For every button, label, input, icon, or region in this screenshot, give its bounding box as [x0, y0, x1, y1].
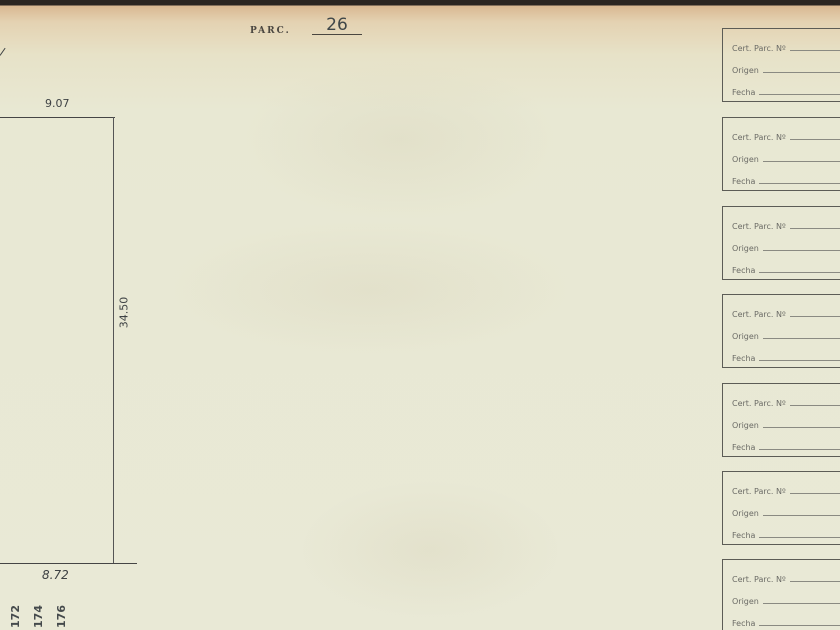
origen-label: Origen — [732, 509, 759, 518]
cert-field[interactable] — [790, 50, 840, 51]
origen-label: Origen — [732, 66, 759, 75]
fecha-field[interactable] — [759, 360, 840, 361]
dimension-bottom: 8.72 — [42, 568, 69, 582]
paper-stain — [240, 60, 560, 220]
parcel-label: PARC. — [250, 26, 291, 36]
cert-label: Cert. Parc. Nº — [732, 44, 786, 53]
cert-label: Cert. Parc. Nº — [732, 222, 786, 231]
plot-boundary-bottom — [0, 563, 137, 564]
dimension-right: 34.50 — [117, 297, 130, 329]
paper-stain — [300, 480, 560, 620]
cert-box: Cert. Parc. Nº Origen Fecha — [722, 206, 840, 280]
fecha-field[interactable] — [759, 94, 840, 95]
cert-label: Cert. Parc. Nº — [732, 399, 786, 408]
origen-field[interactable] — [763, 161, 840, 162]
cert-box: Cert. Parc. Nº Origen Fecha — [722, 294, 840, 368]
cert-field[interactable] — [790, 581, 840, 582]
lot-number: 174 — [32, 605, 45, 628]
origen-field[interactable] — [763, 603, 840, 604]
origen-label: Origen — [732, 244, 759, 253]
origen-field[interactable] — [763, 515, 840, 516]
fecha-label: Fecha — [732, 354, 755, 363]
origen-field[interactable] — [763, 72, 840, 73]
cert-box: Cert. Parc. Nº Origen Fecha — [722, 28, 840, 102]
parcel-number: 26 — [312, 16, 362, 35]
lot-number: 172 — [9, 605, 22, 628]
fecha-field[interactable] — [759, 449, 840, 450]
check-mark-icon — [0, 48, 6, 56]
cert-field[interactable] — [790, 228, 840, 229]
cert-label: Cert. Parc. Nº — [732, 133, 786, 142]
origen-field[interactable] — [763, 250, 840, 251]
cert-box: Cert. Parc. Nº Origen Fecha — [722, 559, 840, 630]
origen-field[interactable] — [763, 338, 840, 339]
origen-label: Origen — [732, 421, 759, 430]
fecha-field[interactable] — [759, 537, 840, 538]
cert-field[interactable] — [790, 316, 840, 317]
fecha-label: Fecha — [732, 177, 755, 186]
document-page: PARC. 26 9.07 34.50 8.72 172 174 176 Cer… — [0, 0, 840, 630]
origen-label: Origen — [732, 155, 759, 164]
cert-box: Cert. Parc. Nº Origen Fecha — [722, 471, 840, 545]
cert-label: Cert. Parc. Nº — [732, 575, 786, 584]
fecha-field[interactable] — [759, 272, 840, 273]
fecha-label: Fecha — [732, 531, 755, 540]
cert-box: Cert. Parc. Nº Origen Fecha — [722, 383, 840, 457]
lot-number: 176 — [55, 605, 68, 628]
cert-field[interactable] — [790, 493, 840, 494]
paper-stain — [160, 220, 580, 360]
fecha-label: Fecha — [732, 443, 755, 452]
cert-field[interactable] — [790, 139, 840, 140]
origen-label: Origen — [732, 597, 759, 606]
fecha-label: Fecha — [732, 619, 755, 628]
origen-field[interactable] — [763, 427, 840, 428]
fecha-label: Fecha — [732, 266, 755, 275]
cert-label: Cert. Parc. Nº — [732, 487, 786, 496]
fecha-label: Fecha — [732, 88, 755, 97]
dimension-top: 9.07 — [45, 97, 70, 110]
fecha-field[interactable] — [759, 183, 840, 184]
fecha-field[interactable] — [759, 625, 840, 626]
cert-box: Cert. Parc. Nº Origen Fecha — [722, 117, 840, 191]
cert-field[interactable] — [790, 405, 840, 406]
cert-label: Cert. Parc. Nº — [732, 310, 786, 319]
origen-label: Origen — [732, 332, 759, 341]
plot-boundary-right — [113, 117, 114, 563]
plot-boundary-top — [0, 117, 115, 118]
